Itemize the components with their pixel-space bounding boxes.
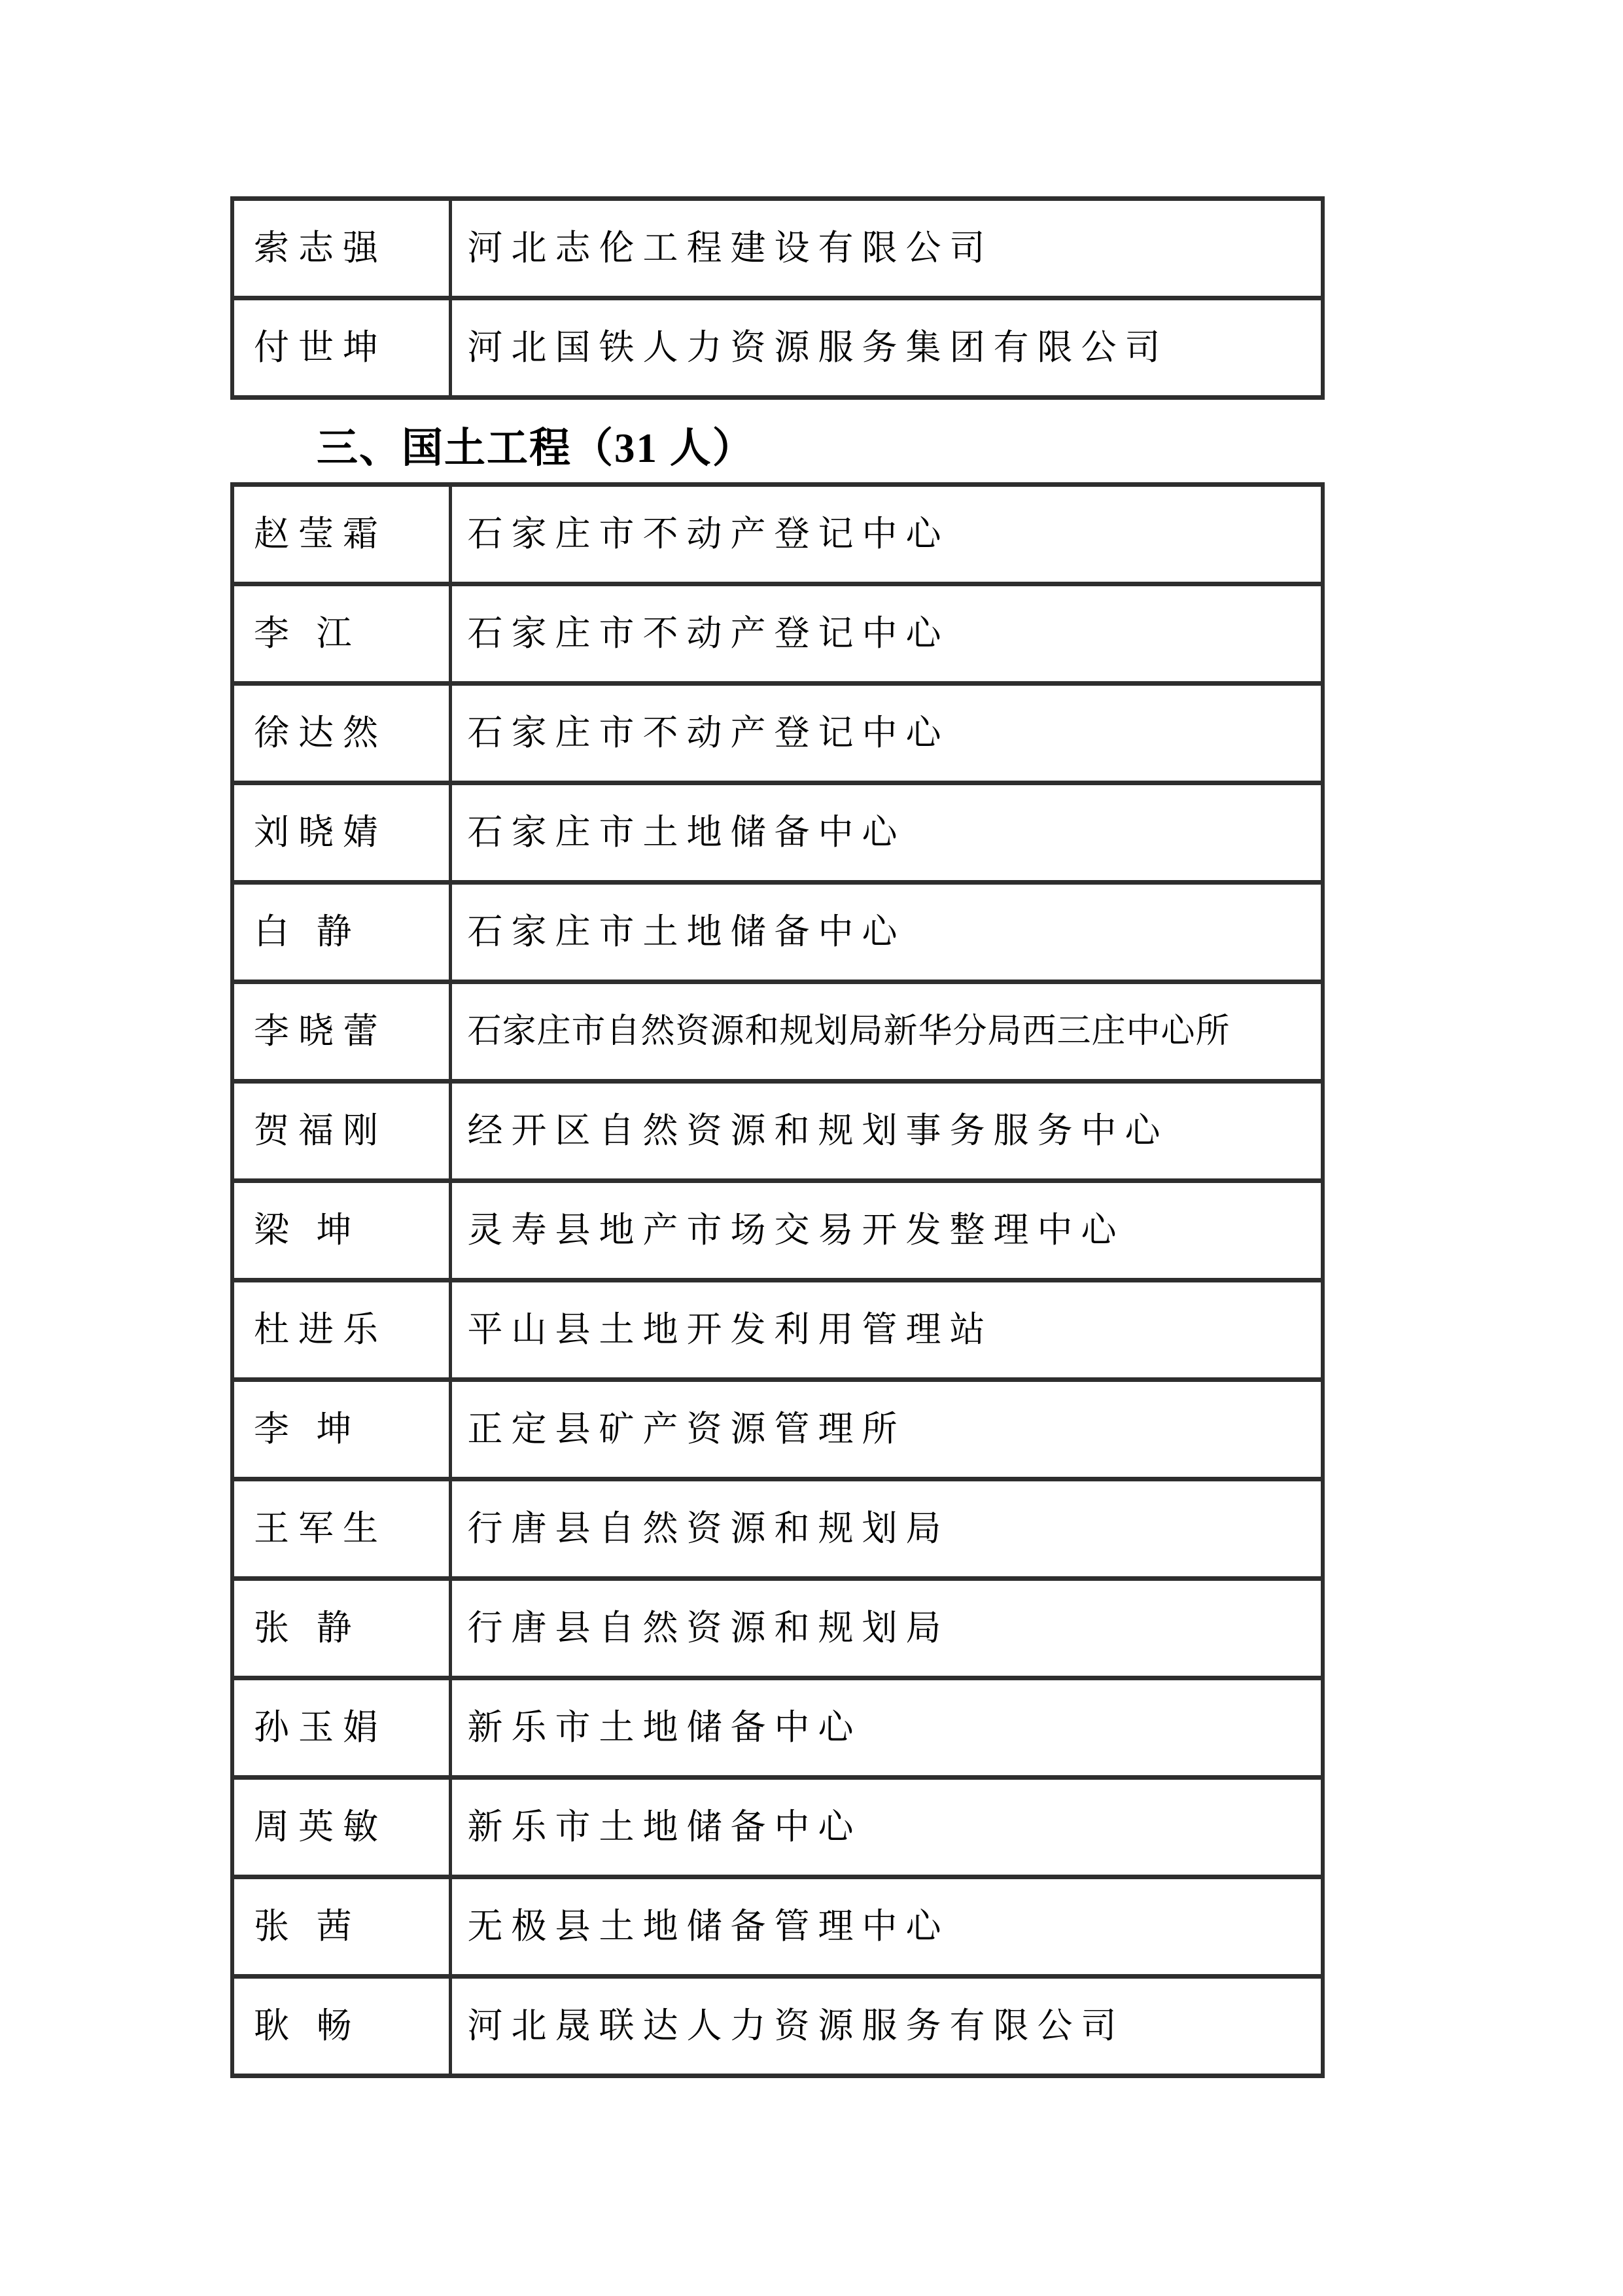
name-cell: 徐达然	[232, 684, 450, 783]
table-row: 梁 坤 灵寿县地产市场交易开发整理中心	[232, 1181, 1323, 1280]
organization-cell: 石家庄市不动产登记中心	[450, 485, 1323, 584]
table-row: 李 坤 正定县矿产资源管理所	[232, 1380, 1323, 1479]
table-row: 付世坤 河北国铁人力资源服务集团有限公司	[232, 298, 1323, 398]
name-cell: 白 静	[232, 883, 450, 982]
name-cell: 李晓蕾	[232, 982, 450, 1082]
name-cell: 梁 坤	[232, 1181, 450, 1280]
name-cell: 贺福刚	[232, 1082, 450, 1181]
name-cell: 耿 畅	[232, 1977, 450, 2076]
name-cell: 张 茜	[232, 1877, 450, 1977]
name-cell: 刘晓婧	[232, 783, 450, 883]
table-row: 张 静 行唐县自然资源和规划局	[232, 1579, 1323, 1678]
table-row: 周英敏 新乐市土地储备中心	[232, 1778, 1323, 1877]
name-cell: 李 江	[232, 584, 450, 684]
organization-cell: 河北晟联达人力资源服务有限公司	[450, 1977, 1323, 2076]
table-row: 李 江 石家庄市不动产登记中心	[232, 584, 1323, 684]
organization-cell: 河北志伦工程建设有限公司	[450, 199, 1323, 298]
name-cell: 赵莹霜	[232, 485, 450, 584]
organization-cell: 行唐县自然资源和规划局	[450, 1479, 1323, 1579]
organization-cell: 新乐市土地储备中心	[450, 1678, 1323, 1778]
organization-cell: 平山县土地开发利用管理站	[450, 1280, 1323, 1380]
organization-cell: 新乐市土地储备中心	[450, 1778, 1323, 1877]
table-row: 杜进乐 平山县土地开发利用管理站	[232, 1280, 1323, 1380]
organization-cell: 河北国铁人力资源服务集团有限公司	[450, 298, 1323, 398]
name-cell: 王军生	[232, 1479, 450, 1579]
organization-cell: 石家庄市自然资源和规划局新华分局西三庄中心所	[450, 982, 1323, 1082]
table-row: 索志强 河北志伦工程建设有限公司	[232, 199, 1323, 298]
table-row: 耿 畅 河北晟联达人力资源服务有限公司	[232, 1977, 1323, 2076]
name-cell: 杜进乐	[232, 1280, 450, 1380]
organization-cell: 行唐县自然资源和规划局	[450, 1579, 1323, 1678]
name-cell: 索志强	[232, 199, 450, 298]
table-row: 李晓蕾 石家庄市自然资源和规划局新华分局西三庄中心所	[232, 982, 1323, 1082]
organization-cell: 石家庄市土地储备中心	[450, 883, 1323, 982]
table-row: 王军生 行唐县自然资源和规划局	[232, 1479, 1323, 1579]
name-cell: 孙玉娟	[232, 1678, 450, 1778]
carryover-table: 索志强 河北志伦工程建设有限公司 付世坤 河北国铁人力资源服务集团有限公司	[230, 196, 1325, 400]
table-row: 孙玉娟 新乐市土地储备中心	[232, 1678, 1323, 1778]
name-cell: 付世坤	[232, 298, 450, 398]
table-row: 贺福刚 经开区自然资源和规划事务服务中心	[232, 1082, 1323, 1181]
name-cell: 张 静	[232, 1579, 450, 1678]
organization-cell: 无极县土地储备管理中心	[450, 1877, 1323, 1977]
organization-cell: 正定县矿产资源管理所	[450, 1380, 1323, 1479]
table-row: 白 静 石家庄市土地储备中心	[232, 883, 1323, 982]
organization-cell: 石家庄市土地储备中心	[450, 783, 1323, 883]
document-page: 索志强 河北志伦工程建设有限公司 付世坤 河北国铁人力资源服务集团有限公司 三、…	[0, 0, 1623, 2296]
table-row: 刘晓婧 石家庄市土地储备中心	[232, 783, 1323, 883]
name-cell: 李 坤	[232, 1380, 450, 1479]
table-row: 徐达然 石家庄市不动产登记中心	[232, 684, 1323, 783]
organization-cell: 经开区自然资源和规划事务服务中心	[450, 1082, 1323, 1181]
section-heading: 三、国土工程（31 人）	[317, 415, 755, 474]
organization-cell: 灵寿县地产市场交易开发整理中心	[450, 1181, 1323, 1280]
guotu-gongcheng-table: 赵莹霜 石家庄市不动产登记中心 李 江 石家庄市不动产登记中心 徐达然 石家庄市…	[230, 482, 1325, 2078]
name-cell: 周英敏	[232, 1778, 450, 1877]
table-row: 张 茜 无极县土地储备管理中心	[232, 1877, 1323, 1977]
organization-cell: 石家庄市不动产登记中心	[450, 584, 1323, 684]
organization-cell: 石家庄市不动产登记中心	[450, 684, 1323, 783]
table-row: 赵莹霜 石家庄市不动产登记中心	[232, 485, 1323, 584]
